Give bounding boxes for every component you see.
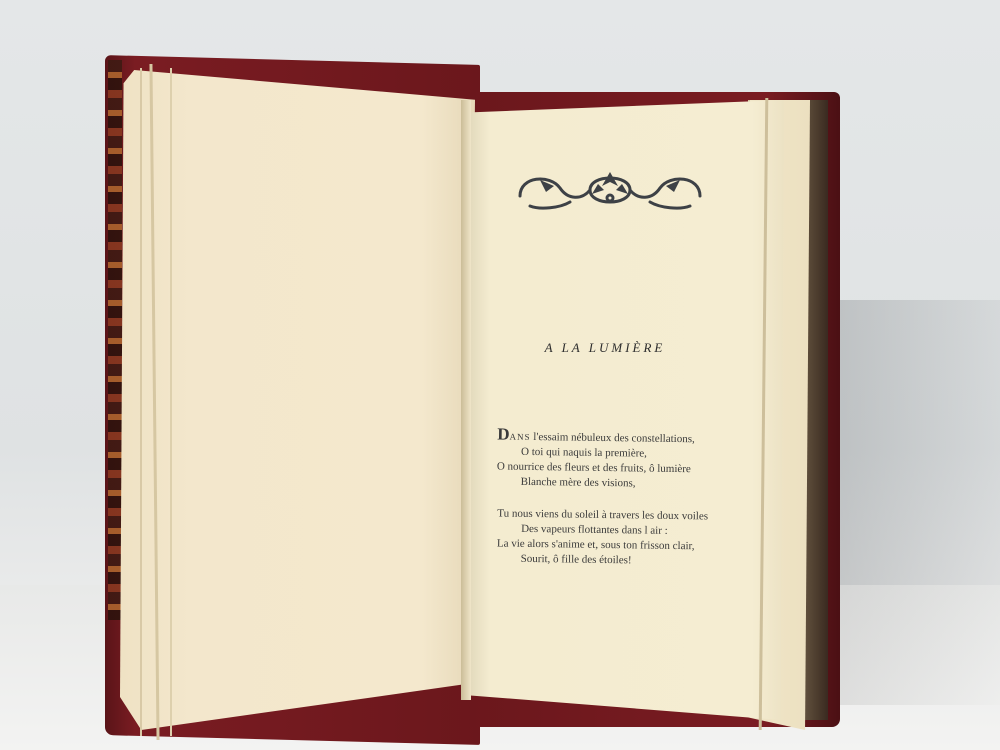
floral-headpiece-icon <box>510 166 710 212</box>
poem-line: Sourit, ô fille des étoiles! <box>497 551 712 569</box>
poem-title: A LA LUMIÈRE <box>500 340 710 356</box>
small-caps: ANS <box>510 432 531 442</box>
left-page <box>120 70 475 730</box>
wall-shadow <box>820 300 1000 590</box>
poem-line-text: l'essaim nébuleux des constellations, <box>533 431 695 445</box>
stanza-1: DANS l'essaim nébuleux des constellation… <box>497 427 713 493</box>
stanza-2: Tu nous viens du soleil à travers les do… <box>497 507 713 570</box>
marbled-endpaper <box>108 60 122 620</box>
drop-cap: D <box>497 425 510 444</box>
poem-line: Blanche mère des visions, <box>497 474 712 492</box>
gutter <box>461 100 471 700</box>
